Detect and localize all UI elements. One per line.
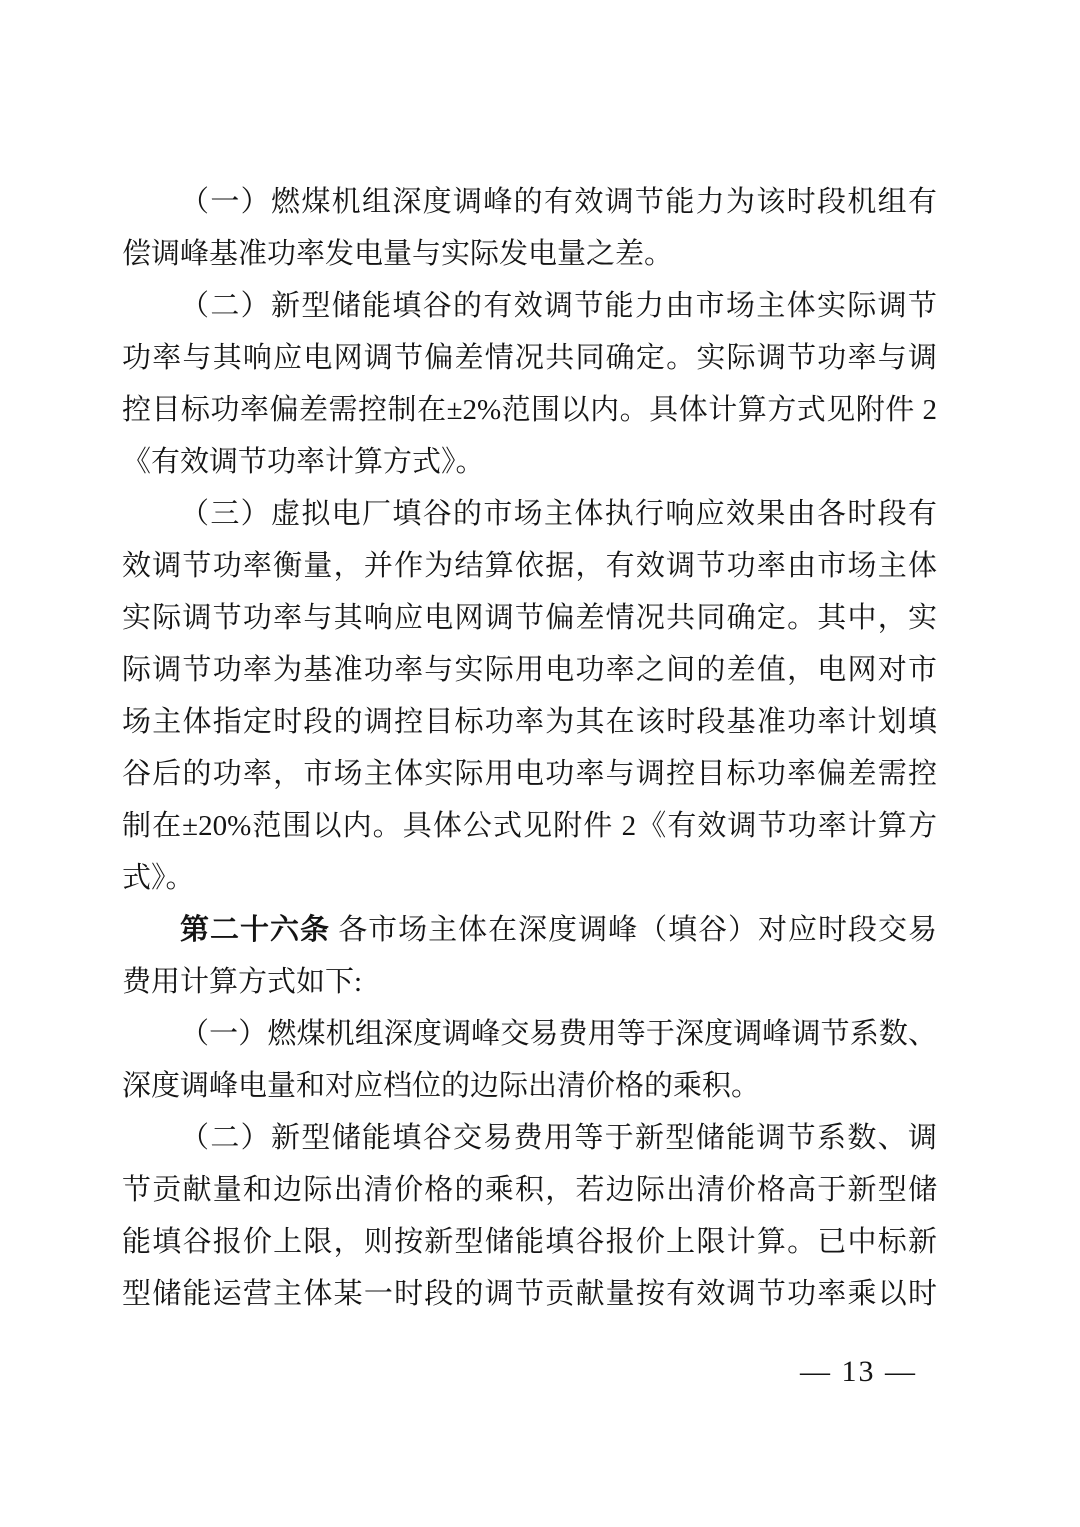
paragraph-item-2: （二）新型储能填谷的有效调节能力由市场主体实际调节功率与其响应电网调节偏差情况共…	[122, 280, 937, 488]
paragraph-article-26-item-1: （一）燃煤机组深度调峰交易费用等于深度调峰调节系数、深度调峰电量和对应档位的边际…	[122, 1008, 937, 1112]
text-line: 效调节功率衡量，并作为结算依据，有效调节功率由市场主体	[122, 540, 937, 592]
article-number: 第二十六条	[180, 914, 330, 946]
document-page: （一）燃煤机组深度调峰的有效调节能力为该时段机组有偿调峰基准功率发电量与实际发电…	[0, 0, 1080, 1527]
text-line: （三）虚拟电厂填谷的市场主体执行响应效果由各时段有	[122, 488, 937, 540]
text-line: （二）新型储能填谷交易费用等于新型储能调节系数、调	[122, 1112, 937, 1164]
text-line: （一）燃煤机组深度调峰交易费用等于深度调峰调节系数、	[122, 1008, 937, 1060]
paragraph-item-1: （一）燃煤机组深度调峰的有效调节能力为该时段机组有偿调峰基准功率发电量与实际发电…	[122, 176, 937, 280]
text-line: （一）燃煤机组深度调峰的有效调节能力为该时段机组有	[122, 176, 937, 228]
paragraph-article-26-item-2: （二）新型储能填谷交易费用等于新型储能调节系数、调节贡献量和边际出清价格的乘积，…	[122, 1112, 937, 1320]
document-body: （一）燃煤机组深度调峰的有效调节能力为该时段机组有偿调峰基准功率发电量与实际发电…	[122, 176, 937, 1320]
text-line: 型储能运营主体某一时段的调节贡献量按有效调节功率乘以时	[122, 1268, 937, 1320]
text-line: 式》。	[122, 852, 937, 904]
text-line: 能填谷报价上限，则按新型储能填谷报价上限计算。已中标新	[122, 1216, 937, 1268]
text-line: 制在±20%范围以内。具体公式见附件 2《有效调节功率计算方	[122, 800, 937, 852]
paragraph-item-3: （三）虚拟电厂填谷的市场主体执行响应效果由各时段有效调节功率衡量，并作为结算依据…	[122, 488, 937, 904]
text-line: 谷后的功率，市场主体实际用电功率与调控目标功率偏差需控	[122, 748, 937, 800]
text-line: 《有效调节功率计算方式》。	[122, 436, 937, 488]
text-line: （二）新型储能填谷的有效调节能力由市场主体实际调节	[122, 280, 937, 332]
text-line: 第二十六条 各市场主体在深度调峰（填谷）对应时段交易	[122, 904, 937, 956]
text-line: 控目标功率偏差需控制在±2%范围以内。具体计算方式见附件 2	[122, 384, 937, 436]
text-line: 功率与其响应电网调节偏差情况共同确定。实际调节功率与调	[122, 332, 937, 384]
page-number: — 13 —	[800, 1352, 960, 1392]
text-line: 实际调节功率与其响应电网调节偏差情况共同确定。其中，实	[122, 592, 937, 644]
text-line: 费用计算方式如下:	[122, 956, 937, 1008]
text-line: 偿调峰基准功率发电量与实际发电量之差。	[122, 228, 937, 280]
text-line: 深度调峰电量和对应档位的边际出清价格的乘积。	[122, 1060, 937, 1112]
text-line: 节贡献量和边际出清价格的乘积，若边际出清价格高于新型储	[122, 1164, 937, 1216]
text-line: 场主体指定时段的调控目标功率为其在该时段基准功率计划填	[122, 696, 937, 748]
text-line: 际调节功率为基准功率与实际用电功率之间的差值，电网对市	[122, 644, 937, 696]
paragraph-article-26: 第二十六条 各市场主体在深度调峰（填谷）对应时段交易费用计算方式如下:	[122, 904, 937, 1008]
